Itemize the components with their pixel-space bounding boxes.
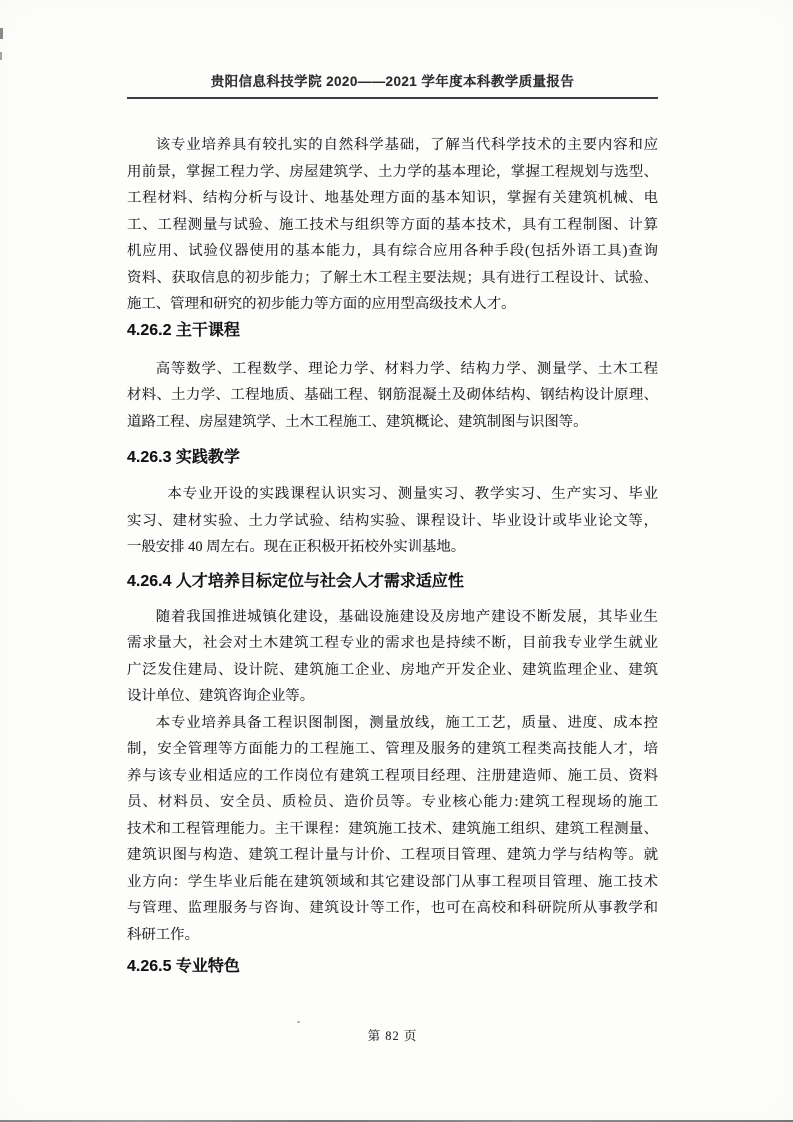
- text-line: 高等数学、工程数学、理论力学、材料力学、结构力学、测量学、土木工程: [127, 356, 658, 383]
- page-header: 贵阳信息科技学院 2020——2021 学年度本科教学质量报告: [127, 0, 658, 99]
- text-line: 材料、土力学、工程地质、基础工程、钢筋混凝土及砌体结构、钢结构设计原理、: [127, 382, 658, 409]
- text-line: 建筑识图与构造、建筑工程计量与计价、工程项目管理、建筑力学与结构等。就: [127, 842, 658, 869]
- text-line: 需求量大，社会对土木建筑工程专业的需求也是持续不断，目前我专业学生就业: [127, 630, 658, 657]
- paragraph: 本专业培养具备工程识图制图，测量放线，施工工艺，质量、进度、成本控制，安全管理等…: [127, 710, 658, 949]
- text-line: 广泛发住建局、设计院、建筑施工企业、房地产开发企业、建筑监理企业、建筑: [127, 657, 658, 684]
- text-line: 机应用、试验仪器使用的基本能力，具有综合应用各种手段(包括外语工具)查询: [127, 238, 658, 265]
- section-heading: 4.26.5 专业特色: [127, 956, 658, 978]
- page-number: 第 82 页: [127, 1026, 658, 1044]
- text-line: 本专业开设的实践课程认识实习、测量实习、教学实习、生产实习、毕业: [127, 481, 658, 508]
- text-line: 用前景，掌握工程力学、房屋建筑学、土力学的基本理论，掌握工程规划与选型、: [127, 159, 658, 186]
- paragraph: 高等数学、工程数学、理论力学、材料力学、结构力学、测量学、土木工程材料、土力学、…: [127, 356, 658, 436]
- text-line: 本专业培养具备工程识图制图，测量放线，施工工艺，质量、进度、成本控: [127, 710, 658, 737]
- text-line: 一般安排 40 周左右。现在正积极开拓校外实训基地。: [127, 534, 658, 561]
- text-line: 施工、管理和研究的初步能力等方面的应用型高级技术人才。: [127, 291, 658, 318]
- scan-artifact: [0, 52, 2, 60]
- page-content: 贵阳信息科技学院 2020——2021 学年度本科教学质量报告 该专业培养具有较…: [127, 0, 658, 978]
- scan-artifact: [0, 28, 3, 39]
- text-line: 技术和工程管理能力。主干课程：建筑施工技术、建筑施工组织、建筑工程测量、: [127, 816, 658, 843]
- scan-speck: [297, 1021, 300, 1023]
- text-line: 资料、获取信息的初步能力；了解土木工程主要法规；具有进行工程设计、试验、: [127, 265, 658, 292]
- section-heading: 4.26.2 主干课程: [127, 320, 658, 342]
- text-line: 实习、建材实验、土力学试验、结构实验、课程设计、毕业设计或毕业论文等，: [127, 508, 658, 535]
- section-heading: 4.26.4 人才培养目标定位与社会人才需求适应性: [127, 571, 658, 593]
- text-line: 该专业培养具有较扎实的自然科学基础，了解当代科学技术的主要内容和应: [127, 132, 658, 159]
- scanned-document-page: 贵阳信息科技学院 2020——2021 学年度本科教学质量报告 该专业培养具有较…: [0, 0, 793, 1122]
- text-line: 员、材料员、安全员、质检员、造价员等。专业核心能力:建筑工程现场的施工: [127, 789, 658, 816]
- paragraph: 本专业开设的实践课程认识实习、测量实习、教学实习、生产实习、毕业实习、建材实验、…: [127, 481, 658, 561]
- text-line: 制，安全管理等方面能力的工程施工、管理及服务的建筑工程类高技能人才，培: [127, 736, 658, 763]
- text-line: 设计单位、建筑咨询企业等。: [127, 683, 658, 710]
- text-line: 科研工作。: [127, 922, 658, 949]
- text-line: 与管理、监理服务与咨询、建筑设计等工作，也可在高校和科研院所从事教学和: [127, 895, 658, 922]
- paragraph: 该专业培养具有较扎实的自然科学基础，了解当代科学技术的主要内容和应用前景，掌握工…: [127, 132, 658, 318]
- document-body: 该专业培养具有较扎实的自然科学基础，了解当代科学技术的主要内容和应用前景，掌握工…: [127, 132, 658, 978]
- text-line: 业方向：学生毕业后能在建筑领域和其它建设部门从事工程项目管理、施工技术: [127, 869, 658, 896]
- report-header-title: 贵阳信息科技学院 2020——2021 学年度本科教学质量报告: [127, 70, 658, 99]
- text-line: 养与该专业相适应的工作岗位有建筑工程项目经理、注册建造师、施工员、资料: [127, 763, 658, 790]
- paragraph: 随着我国推进城镇化建设，基础设施建设及房地产建设不断发展，其毕业生需求量大，社会…: [127, 604, 658, 710]
- section-heading: 4.26.3 实践教学: [127, 447, 658, 469]
- text-line: 工、工程测量与试验、施工技术与组织等方面的基本技术，具有工程制图、计算: [127, 212, 658, 239]
- text-line: 道路工程、房屋建筑学、土木工程施工、建筑概论、建筑制图与识图等。: [127, 409, 658, 436]
- text-line: 工程材料、结构分析与设计、地基处理方面的基本知识，掌握有关建筑机械、电: [127, 185, 658, 212]
- text-line: 随着我国推进城镇化建设，基础设施建设及房地产建设不断发展，其毕业生: [127, 604, 658, 631]
